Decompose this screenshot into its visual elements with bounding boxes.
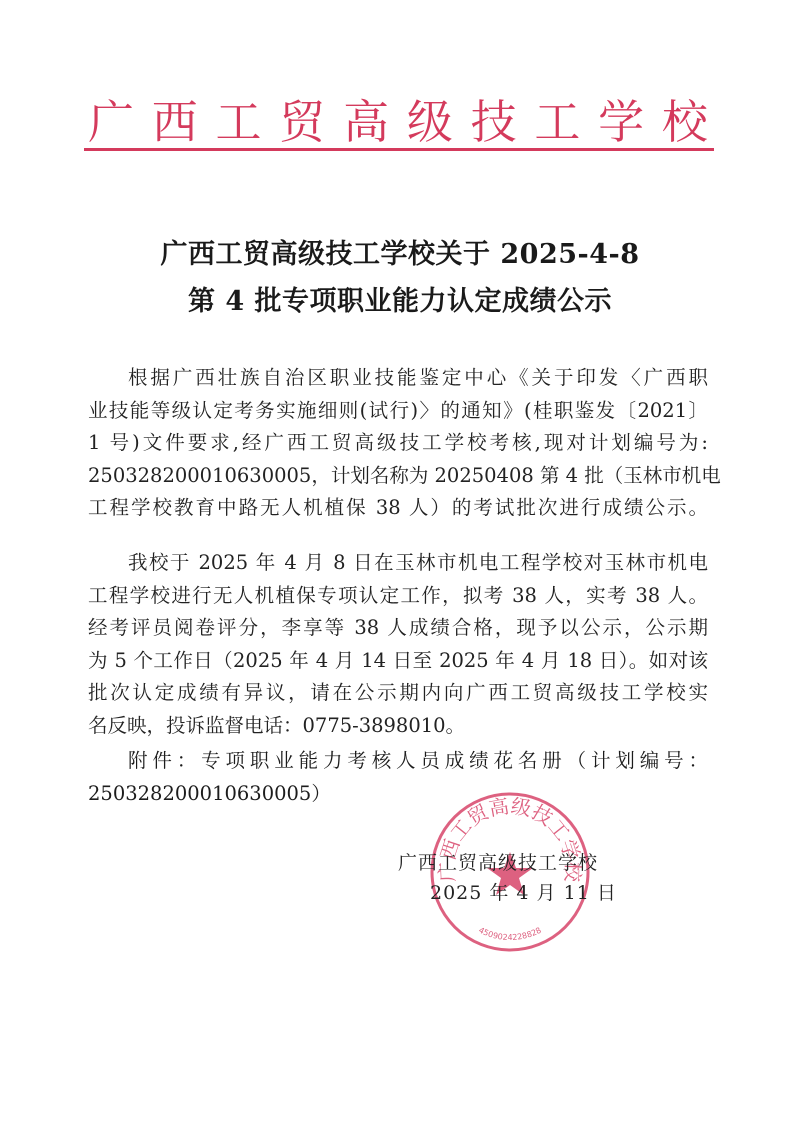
letterhead-char: 工 [534,99,580,145]
signature-date: 2025 年 4 月 11 日 [430,878,617,905]
attachment-line: 附件：专项职业能力考核人员成绩花名册（计划编号： [88,745,708,778]
text-line: 工程学校教育中路无人机植保 38 人）的考试批次进行成绩公示。 [88,492,708,525]
text-line: 为 5 个工作日（2025 年 4 月 14 日至 2025 年 4 月 18 … [88,645,708,678]
attachment-line: 250328200010630005） [88,778,708,811]
text-line: 工程学校进行无人机植保专项认定工作，拟考 38 人，实考 38 人。 [88,580,708,613]
letterhead-char: 级 [407,99,453,145]
text-line: 250328200010630005，计划名称为 20250408 第 4 批（… [88,460,708,493]
text-line: 根据广西壮族自治区职业技能鉴定中心《关于印发〈广西职 [88,362,708,395]
text-line: 业技能等级认定考务实施细则(试行)〉的通知》(桂职鉴发〔2021〕 [88,395,708,428]
text-line: 我校于 2025 年 4 月 8 日在玉林市机电工程学校对玉林市机电 [88,547,708,580]
letterhead: 广 西 工 贸 高 级 技 工 学 校 [88,92,708,152]
text-line: 批次认定成绩有异议，请在公示期内向广西工贸高级技工学校实 [88,677,708,710]
letterhead-divider [84,148,714,151]
letterhead-char: 学 [598,99,644,145]
svg-text:4509024228828: 4509024228828 [477,926,543,942]
signature-organization: 广西工贸高级技工学校 [398,848,598,875]
document-title-line-2: 第 4 批专项职业能力认定成绩公示 [0,279,800,318]
letterhead-char: 西 [152,99,198,145]
letterhead-char: 广 [88,99,134,145]
letterhead-char: 高 [343,99,389,145]
text-line: 经考评员阅卷评分，李享等 38 人成绩合格，现予以公示，公示期 [88,612,708,645]
seal-code: 4509024228828 [477,926,543,942]
paragraph-basis: 根据广西壮族自治区职业技能鉴定中心《关于印发〈广西职 业技能等级认定考务实施细则… [88,362,708,525]
letterhead-char: 技 [471,99,517,145]
text-line: 名反映，投诉监督电话：0775-3898010。 [88,710,708,743]
document-title-line-1: 广西工贸高级技工学校关于 2025-4-8 [0,232,800,271]
attachment-note: 附件：专项职业能力考核人员成绩花名册（计划编号： 250328200010630… [88,745,708,810]
text-line: 1 号)文件要求,经广西工贸高级技工学校考核,现对计划编号为: [88,427,708,460]
letterhead-char: 校 [662,99,708,145]
letterhead-char: 工 [216,99,262,145]
letterhead-char: 贸 [279,99,325,145]
paragraph-results: 我校于 2025 年 4 月 8 日在玉林市机电工程学校对玉林市机电 工程学校进… [88,547,708,742]
